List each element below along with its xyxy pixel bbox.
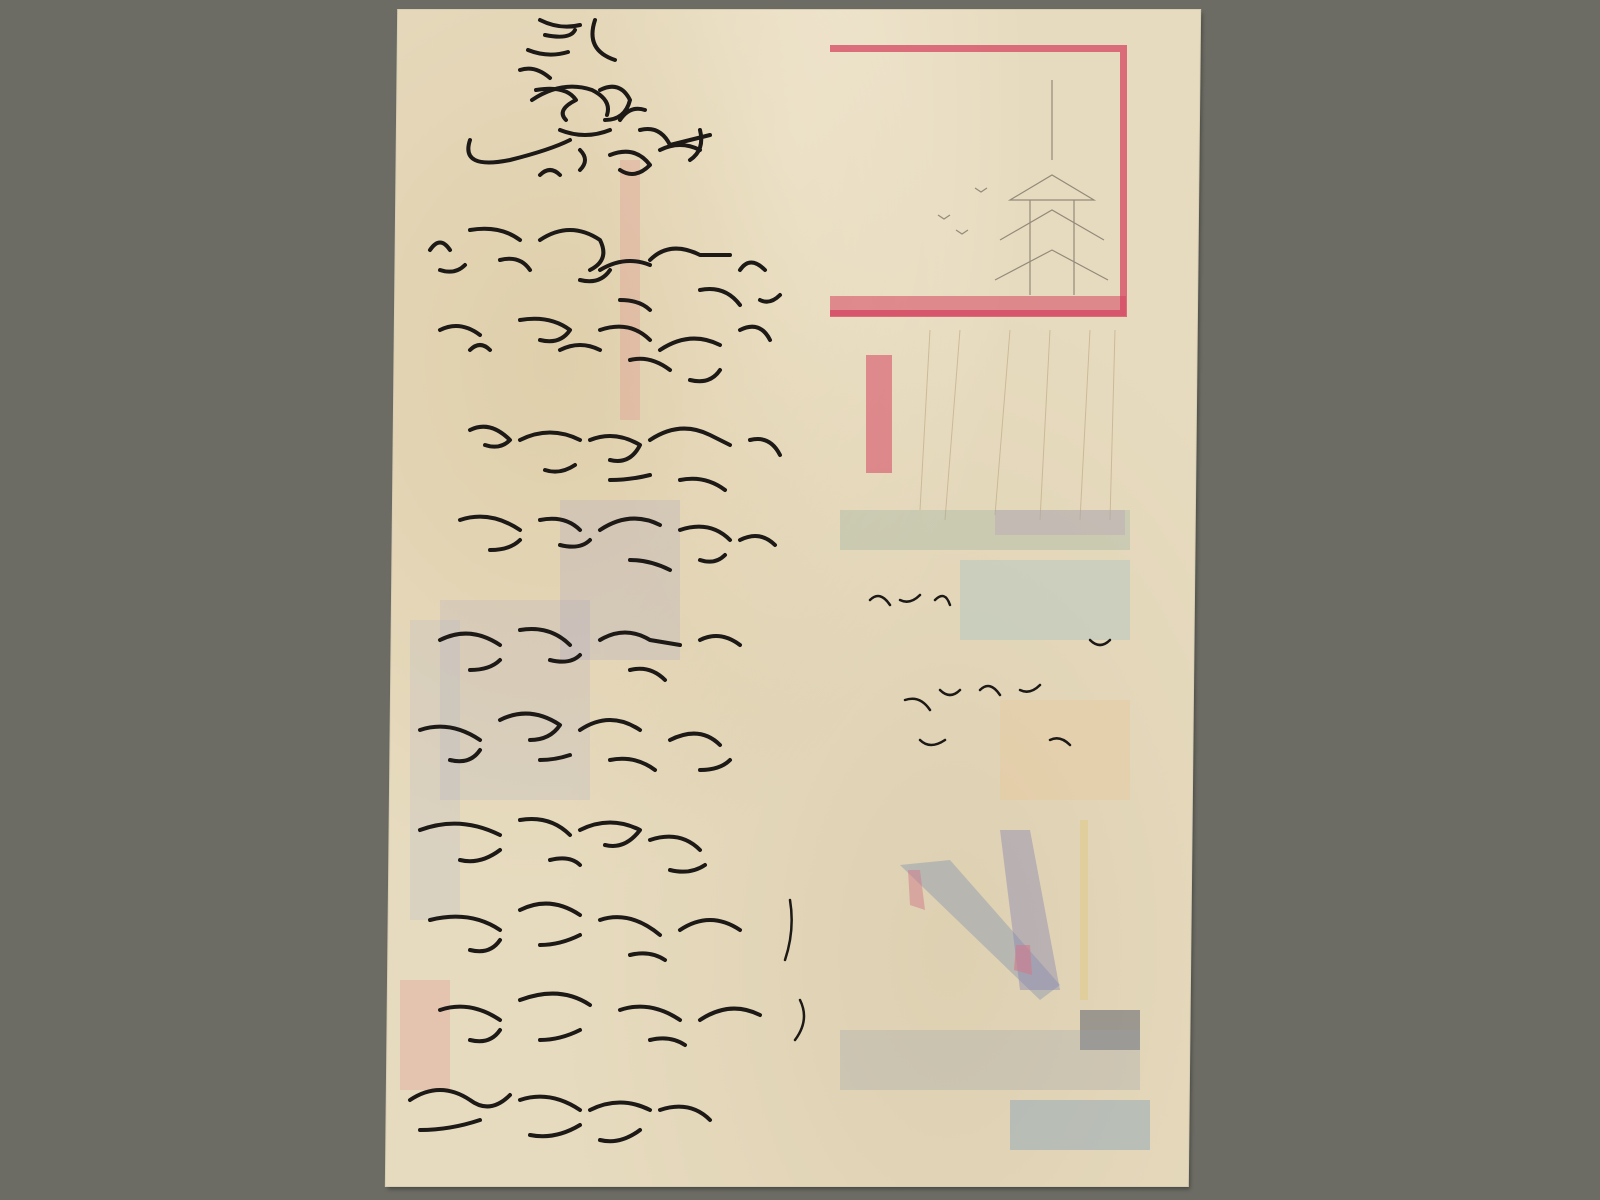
calligraphy-columns: [0, 0, 1600, 1200]
